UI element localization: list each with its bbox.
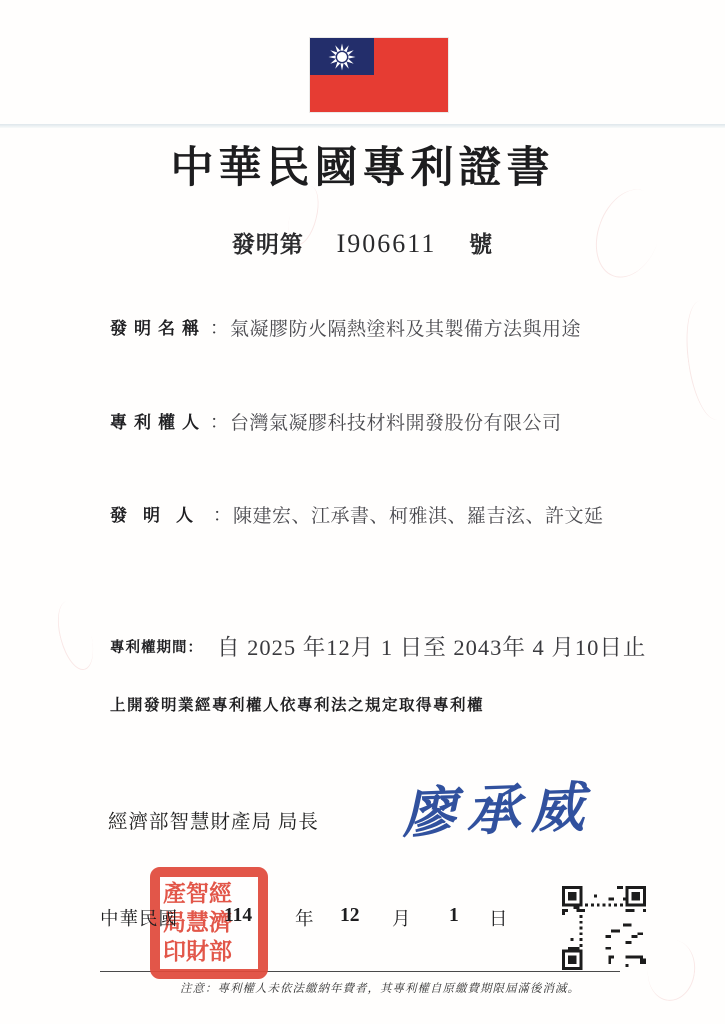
- patentee-label: 專利權人: [110, 408, 206, 433]
- date-era: 中華民國: [100, 905, 178, 931]
- colon: ：: [206, 408, 230, 434]
- certificate-title: 中華民國專利證書: [0, 134, 725, 195]
- roc-flag: [310, 38, 448, 112]
- seal-row: 產智經: [163, 881, 255, 907]
- date-month: 12: [340, 905, 360, 927]
- date-day: 1: [449, 905, 459, 927]
- footnote: 注意：專利權人未依法繳納年費者，其專利權自原繳費期限屆滿後消滅。: [140, 980, 620, 996]
- invention-name-label: 發明名稱: [110, 314, 206, 339]
- date-day-char: 日: [489, 905, 508, 931]
- invention-name-value: 氣凝膠防火隔熱塗料及其製備方法與用途: [230, 314, 581, 341]
- director-general-title: 經濟部智慧財產局 局長: [108, 806, 319, 834]
- invention-name-row: 發明名稱 ： 氣凝膠防火隔熱塗料及其製備方法與用途: [110, 314, 581, 341]
- flag-canton: [310, 38, 374, 75]
- date-year: 114: [224, 905, 252, 927]
- director-general-signature: 廖承威: [401, 765, 584, 848]
- scan-artifact: [51, 597, 99, 674]
- scan-artifact: [644, 937, 699, 1004]
- scan-artifact-line: [0, 124, 725, 128]
- patentee-value: 台灣氣凝膠科技材料開發股份有限公司: [230, 408, 562, 435]
- inventors-value: 陳建宏、江承書、柯雅淇、羅吉泫、許文延: [233, 501, 604, 528]
- colon: ：: [209, 501, 233, 527]
- patent-term-row: 專利權期間： 自 2025 年12月 1 日至 2043年 4 月10日止: [110, 630, 646, 662]
- patent-number-prefix: 發明第: [232, 232, 304, 257]
- issue-date-line: 中華民國 114 年 12 月 1 日: [0, 905, 725, 931]
- patent-number: I906611: [311, 229, 463, 258]
- patent-certificate-page: 中華民國專利證書 發明第 I906611 號 發明名稱 ： 氣凝膠防火隔熱塗料及…: [0, 0, 725, 1024]
- grant-statement: 上開發明業經專利權人依專利法之規定取得專利權: [110, 693, 484, 715]
- patent-number-suffix: 號: [469, 232, 493, 257]
- patent-term-value: 自 2025 年12月 1 日至 2043年 4 月10日止: [217, 630, 646, 662]
- patentee-row: 專利權人 ： 台灣氣凝膠科技材料開發股份有限公司: [110, 408, 562, 435]
- inventors-label: 發明人: [110, 501, 209, 526]
- white-sun-icon: [327, 42, 357, 72]
- scan-artifact: [680, 298, 725, 423]
- patent-term-label: 專利權期間：: [110, 636, 203, 657]
- date-year-char: 年: [295, 905, 314, 931]
- patent-number-line: 發明第 I906611 號: [0, 226, 725, 259]
- date-month-char: 月: [392, 905, 411, 931]
- seal-row: 印財部: [163, 939, 255, 965]
- inventors-row: 發明人 ： 陳建宏、江承書、柯雅淇、羅吉泫、許文延: [110, 501, 604, 528]
- colon: ：: [206, 314, 230, 340]
